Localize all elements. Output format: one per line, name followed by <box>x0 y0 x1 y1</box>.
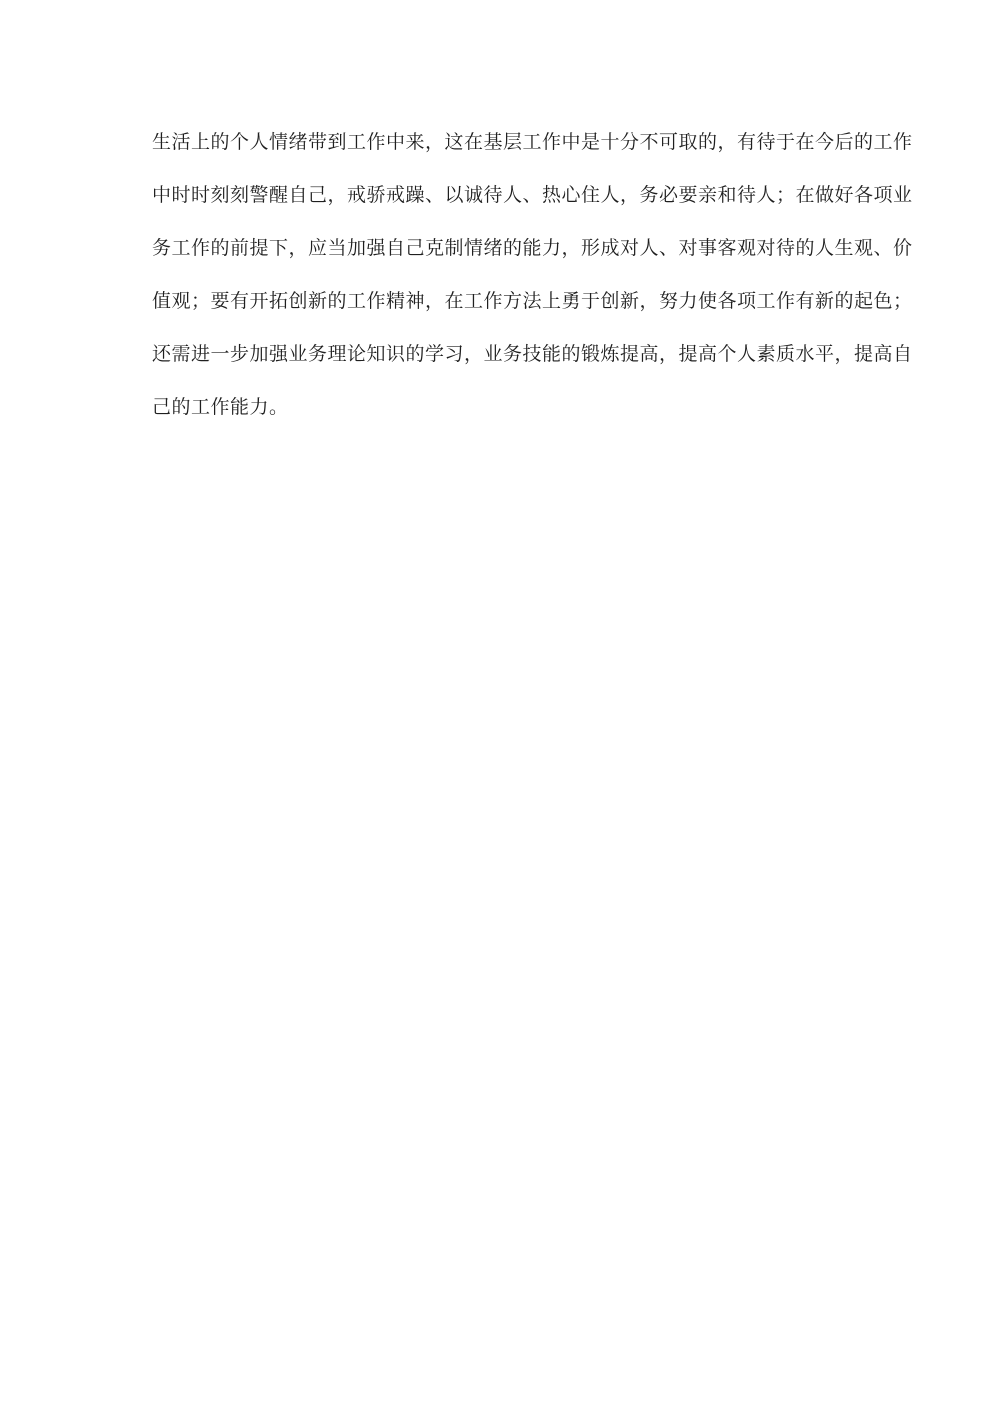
text-line-3: 务工作的前提下，应当加强自己克制情绪的能力，形成对人、对事客观对待的人生观、价 <box>152 222 845 275</box>
text-line-2: 中时时刻刻警醒自己，戒骄戒躁、以诚待人、热心住人，务必要亲和待人；在做好各项业 <box>152 169 845 222</box>
document-page: 生活上的个人情绪带到工作中来，这在基层工作中是十分不可取的，有待于在今后的工作 … <box>0 0 1000 1415</box>
text-paragraph: 生活上的个人情绪带到工作中来，这在基层工作中是十分不可取的，有待于在今后的工作 … <box>152 116 845 434</box>
text-line-1: 生活上的个人情绪带到工作中来，这在基层工作中是十分不可取的，有待于在今后的工作 <box>152 116 845 169</box>
text-line-5: 还需进一步加强业务理论知识的学习，业务技能的锻炼提高，提高个人素质水平，提高自 <box>152 328 845 381</box>
text-line-4: 值观；要有开拓创新的工作精神，在工作方法上勇于创新，努力使各项工作有新的起色； <box>152 275 845 328</box>
text-line-6: 己的工作能力。 <box>152 381 845 434</box>
